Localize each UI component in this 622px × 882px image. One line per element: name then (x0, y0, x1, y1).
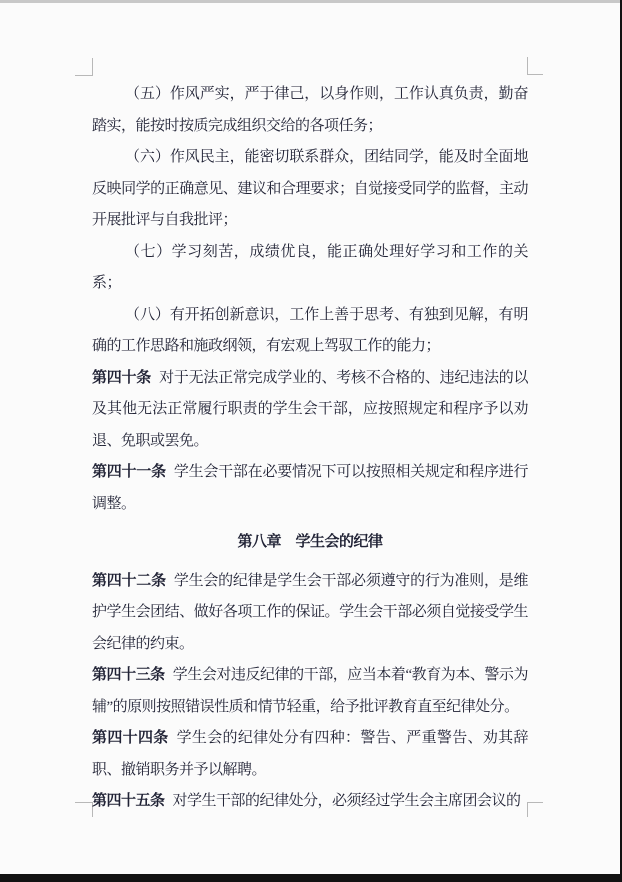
article-paragraph: 第四十四条学生会的纪律处分有四种：警告、严重警告、劝其辞职、撤销职务并予以解聘。 (92, 723, 528, 786)
page-text-area: （五）作风严实，严于律己，以身作则，工作认真负责，勤奋踏实，能按时按质完成组织交… (92, 79, 528, 818)
crop-mark-top-right (527, 57, 543, 75)
article-paragraph: 第四十二条学生会的纪律是学生会干部必须遵守的行为准则，是维护学生会团结、做好各项… (92, 566, 528, 661)
page-bottom-edge (0, 874, 622, 882)
crop-mark-bottom-right (527, 802, 543, 817)
article-paragraph: 第四十三条学生会对违反纪律的干部，应当本着“教育为本、警示为辅”的原则按照错误性… (92, 660, 528, 723)
crop-mark-bottom-left (75, 802, 93, 817)
article-number: 第四十四条 (92, 730, 169, 746)
article-paragraph: 第四十条对于无法正常完成学业的、考核不合格的、违纪违法的以及其他无法正常履行职责… (92, 363, 528, 458)
article-number: 第四十二条 (92, 573, 166, 589)
document-page: （五）作风严实，严于律己，以身作则，工作认真负责，勤奋踏实，能按时按质完成组织交… (0, 0, 622, 882)
article-number: 第四十一条 (92, 464, 166, 480)
article-text: 对学生干部的纪律处分，必须经过学生会主席团会议的 (173, 793, 521, 809)
clause-item: （六）作风民主，能密切联系群众，团结同学，能及时全面地反映同学的正确意见、建议和… (92, 142, 528, 237)
article-paragraph: 第四十一条学生会干部在必要情况下可以按照相关规定和程序进行调整。 (92, 457, 528, 520)
clause-item: （七）学习刻苦，成绩优良，能正确处理好学习和工作的关系； (92, 237, 528, 300)
chapter-heading: 第八章 学生会的纪律 (92, 527, 528, 559)
article-number: 第四十五条 (92, 793, 165, 809)
crop-mark-top-left (75, 58, 93, 76)
clause-item: （五）作风严实，严于律己，以身作则，工作认真负责，勤奋踏实，能按时按质完成组织交… (92, 79, 528, 142)
page-top-edge (0, 0, 622, 3)
article-number: 第四十条 (92, 370, 151, 386)
article-paragraph: 第四十五条对学生干部的纪律处分，必须经过学生会主席团会议的 (92, 786, 528, 818)
article-number: 第四十三条 (92, 667, 165, 683)
clause-item: （八）有开拓创新意识，工作上善于思考、有独到见解，有明确的工作思路和施政纲领，有… (92, 300, 528, 363)
article-text: 对于无法正常完成学业的、考核不合格的、违纪违法的以及其他无法正常履行职责的学生会… (92, 370, 528, 449)
